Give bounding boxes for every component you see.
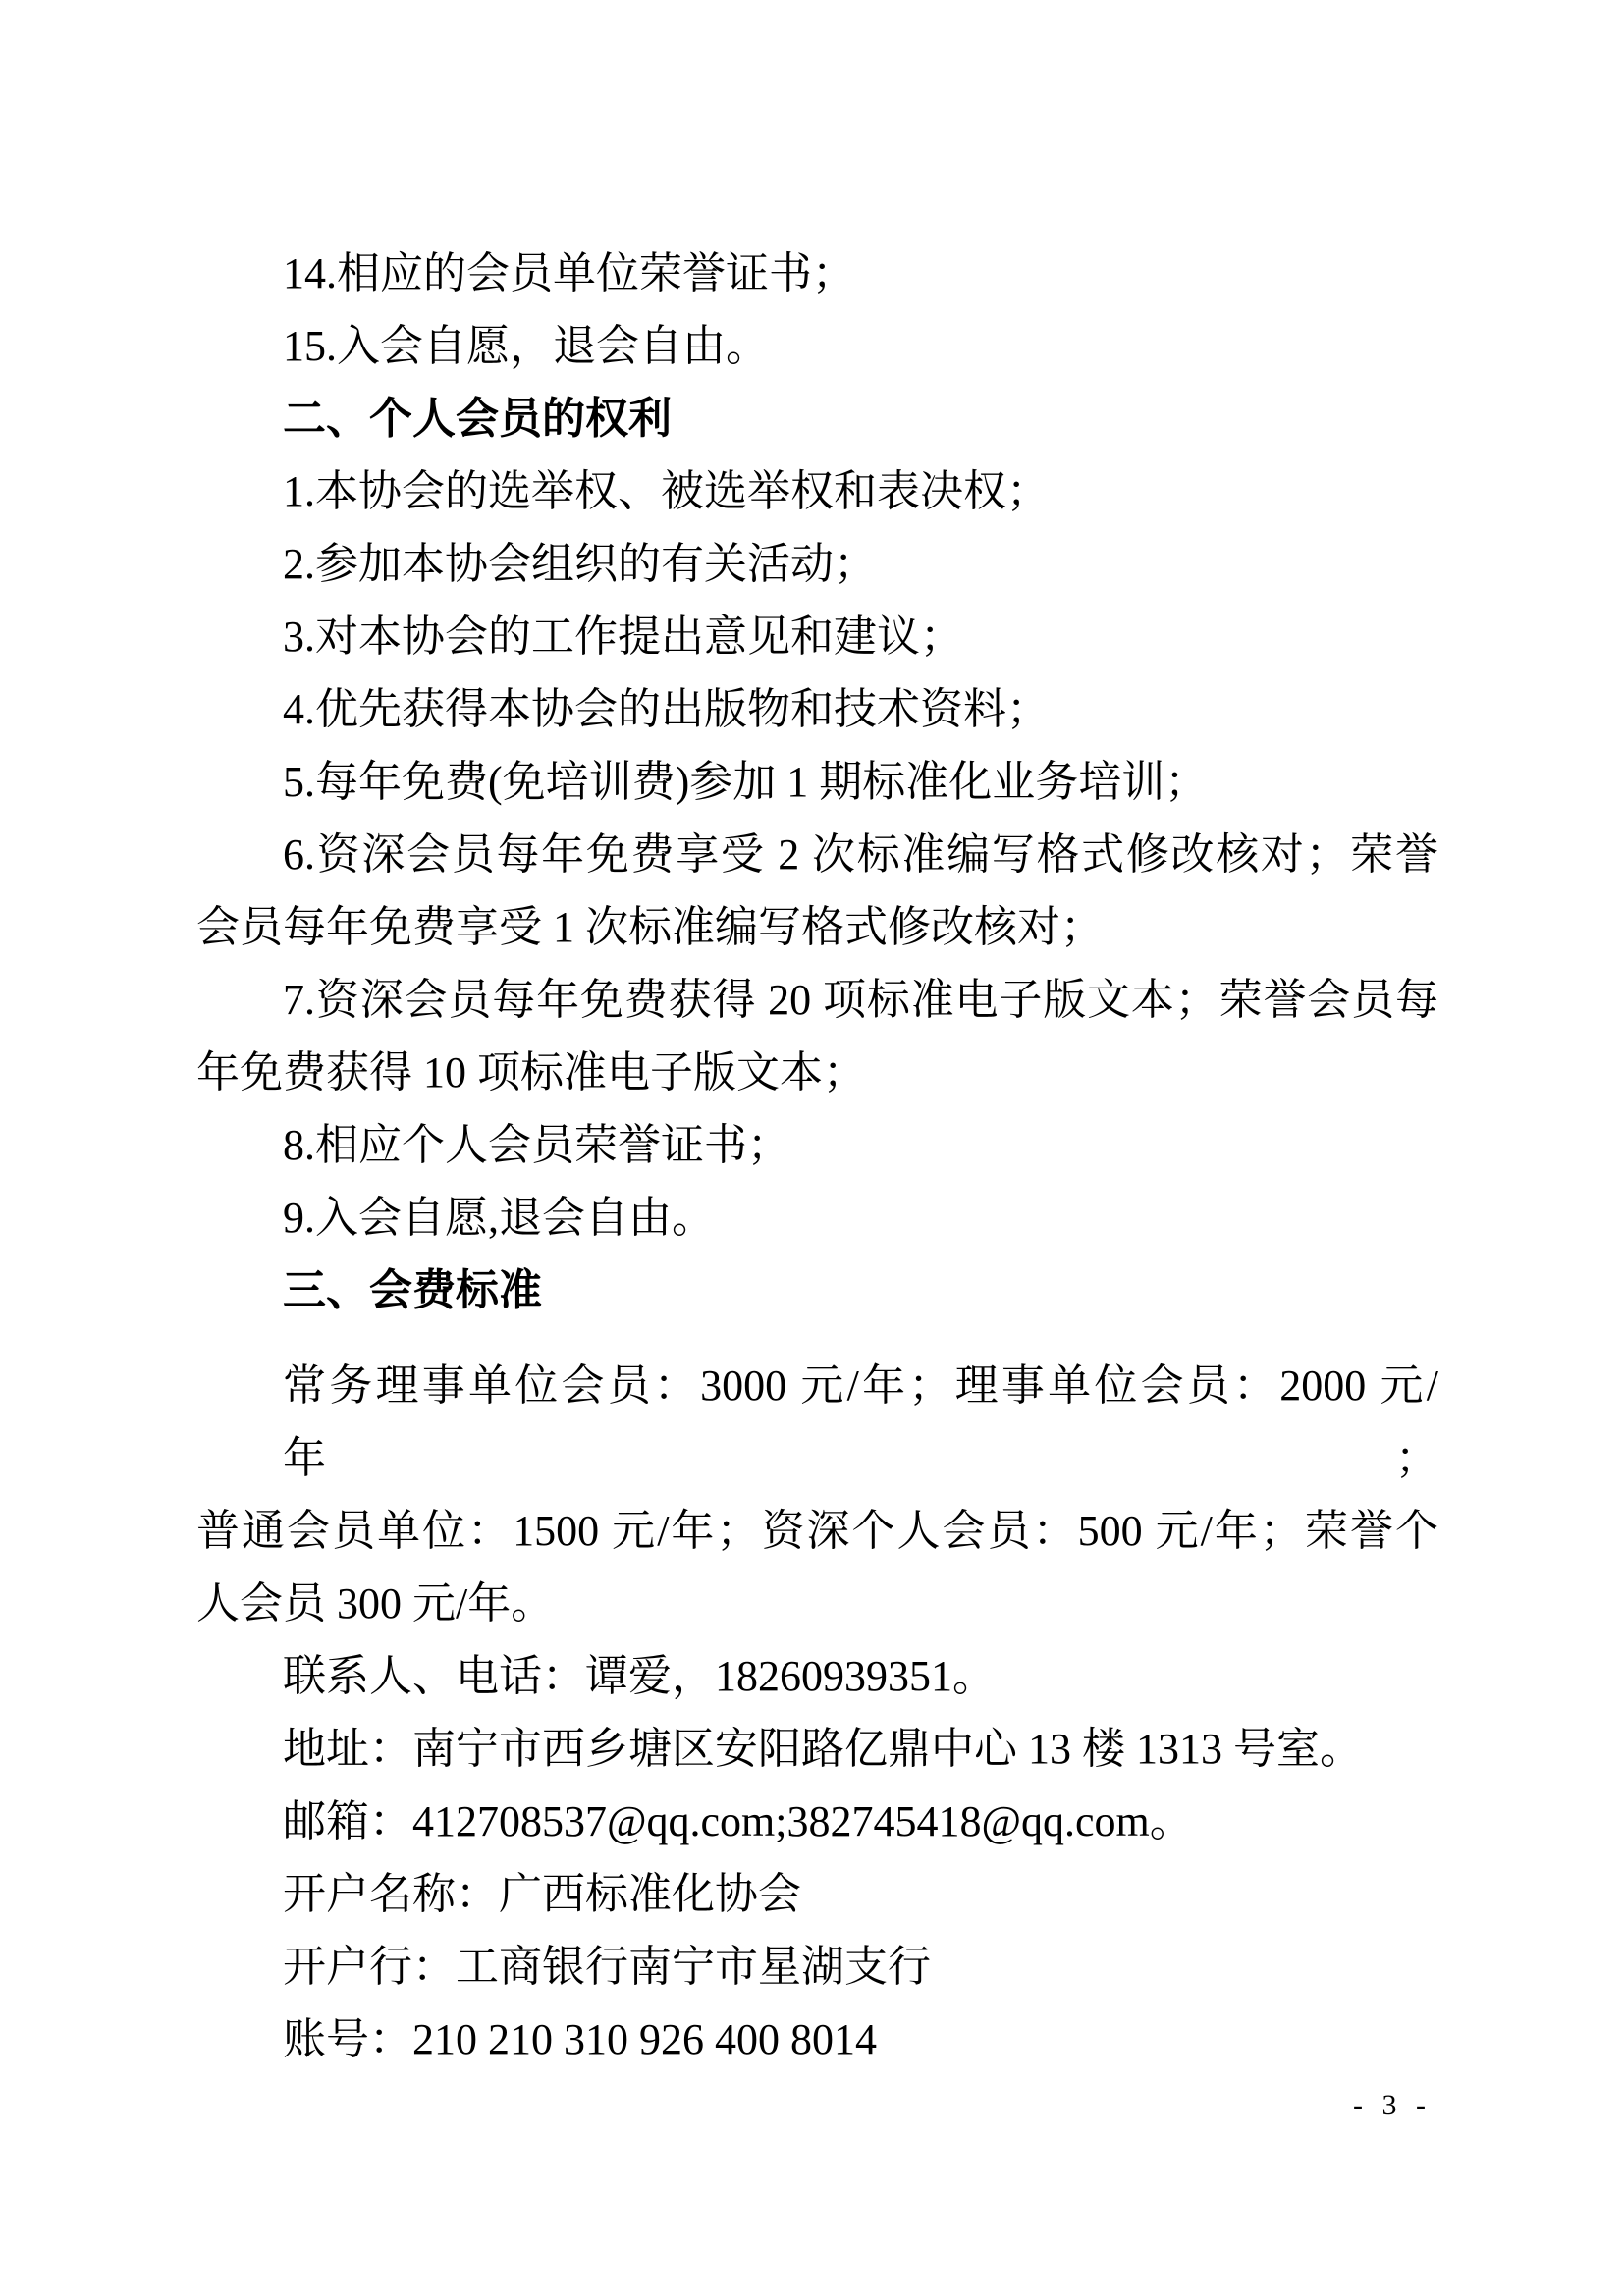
document-line: 人会员 300 元/年。 — [196, 1568, 1438, 1640]
document-line: 6.资深会员每年免费享受 2 次标准编写格式修改核对；荣誉 — [196, 819, 1438, 891]
section-heading: 三、会费标准 — [196, 1255, 1438, 1327]
document-line: 9.入会自愿,退会自由。 — [196, 1182, 1438, 1255]
document-line: 5.每年免费(免培训费)参加 1 期标准化业务培训； — [196, 746, 1438, 819]
document-line: 3.对本协会的工作提出意见和建议； — [196, 601, 1438, 673]
document-line: 账号：210 210 310 926 400 8014 — [196, 2003, 1438, 2076]
document-body: 14.相应的会员单位荣誉证书；15.入会自愿，退会自由。二、个人会员的权利1.本… — [196, 238, 1438, 2076]
document-line: 14.相应的会员单位荣誉证书； — [196, 238, 1438, 310]
document-line: 15.入会自愿，退会自由。 — [196, 310, 1438, 383]
document-line: 邮箱：412708537@qq.com;382745418@qq.com。 — [196, 1786, 1438, 1858]
document-line: 普通会员单位：1500 元/年；资深个人会员：500 元/年；荣誉个 — [196, 1495, 1438, 1568]
document-line: 开户行：工商银行南宁市星湖支行 — [196, 1931, 1438, 2003]
page-number: - 3 - — [1353, 2089, 1432, 2122]
document-line: 年免费获得 10 项标准电子版文本； — [196, 1037, 1438, 1109]
document-line: 8.相应个人会员荣誉证书； — [196, 1109, 1438, 1182]
section-heading: 二、个人会员的权利 — [196, 383, 1438, 455]
document-line: 会员每年免费享受 1 次标准编写格式修改核对； — [196, 891, 1438, 964]
document-line: 联系人、电话：谭爱，18260939351。 — [196, 1640, 1438, 1713]
document-line: 7.资深会员每年免费获得 20 项标准电子版文本；荣誉会员每 — [196, 964, 1438, 1037]
document-line: 1.本协会的选举权、被选举权和表决权； — [196, 455, 1438, 528]
document-page: 14.相应的会员单位荣誉证书；15.入会自愿，退会自由。二、个人会员的权利1.本… — [0, 0, 1624, 2296]
document-line: 2.参加本协会组织的有关活动； — [196, 528, 1438, 601]
document-line: 4.优先获得本协会的出版物和技术资料； — [196, 673, 1438, 746]
document-line: 开户名称：广西标准化协会 — [196, 1858, 1438, 1931]
document-line: 地址：南宁市西乡塘区安阳路亿鼎中心 13 楼 1313 号室。 — [196, 1713, 1438, 1786]
document-line: 常务理事单位会员：3000 元/年；理事单位会员：2000 元/年； — [196, 1350, 1438, 1495]
